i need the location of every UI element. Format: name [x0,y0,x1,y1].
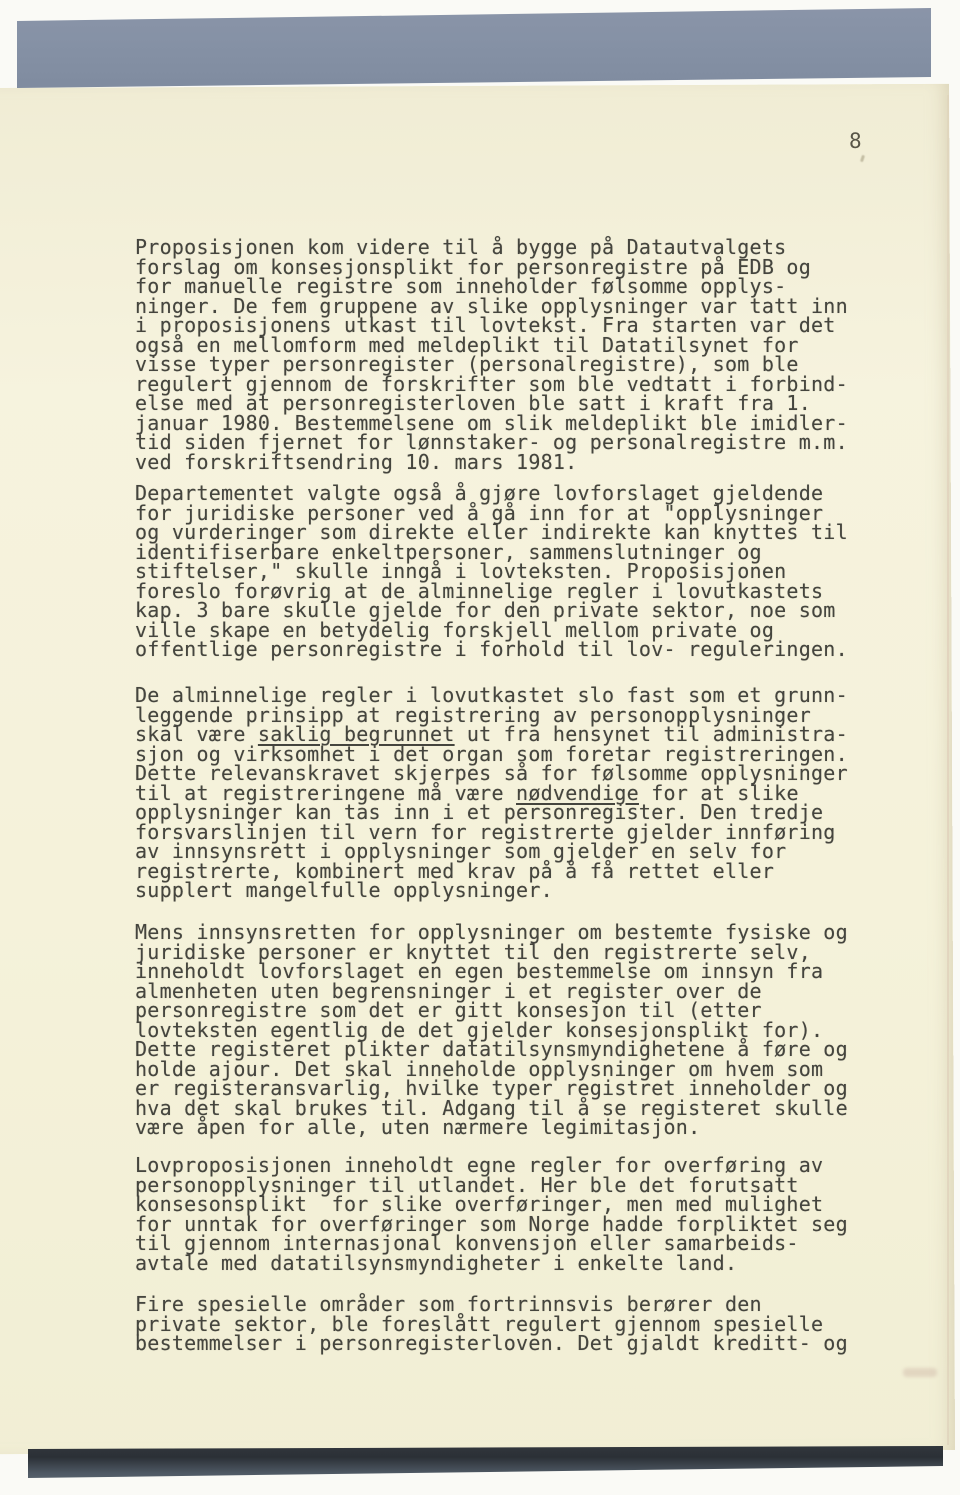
faint-pencil-mark [903,1368,937,1377]
text-segment: bestemmelser i personregisterloven. Det … [135,1331,848,1355]
paragraph-5: Lovproposisjonen inneholdt egne regler f… [135,1156,848,1273]
text-segment: supplert mangelfulle opplysninger. [135,878,553,902]
page-right-edge [947,95,949,1445]
text-line: supplert mangelfulle opplysninger. [135,881,848,901]
text-line: være åpen for alle, uten nærmere legimit… [135,1118,848,1138]
paragraph-6: Fire spesielle områder som fortrinnsvis … [135,1295,848,1354]
text-line: avtale med datatilsynsmyndigheter i enke… [135,1254,848,1274]
text-segment: avtale med datatilsynsmyndigheter i enke… [135,1251,737,1275]
paragraph-4: Mens innsynsretten for opplysninger om b… [135,923,848,1138]
paragraph-3: De alminnelige regler i lovutkastet slo … [135,686,848,901]
text-line: offentlige personregistre i forhold til … [135,640,848,660]
scanned-document: 8 Proposisjonen kom videre til å bygge p… [0,0,960,1495]
text-block: Proposisjonen kom videre til å bygge på … [135,0,895,1495]
text-line: ved forskriftsendring 10. mars 1981. [135,453,848,473]
paragraph-1: Proposisjonen kom videre til å bygge på … [135,238,848,472]
text-segment: ved forskriftsendring 10. mars 1981. [135,450,577,474]
paragraph-2: Departementet valgte også å gjøre lovfor… [135,484,848,660]
text-segment: være åpen for alle, uten nærmere legimit… [135,1115,700,1139]
text-segment: offentlige personregistre i forhold til … [135,637,848,661]
text-line: bestemmelser i personregisterloven. Det … [135,1334,848,1354]
